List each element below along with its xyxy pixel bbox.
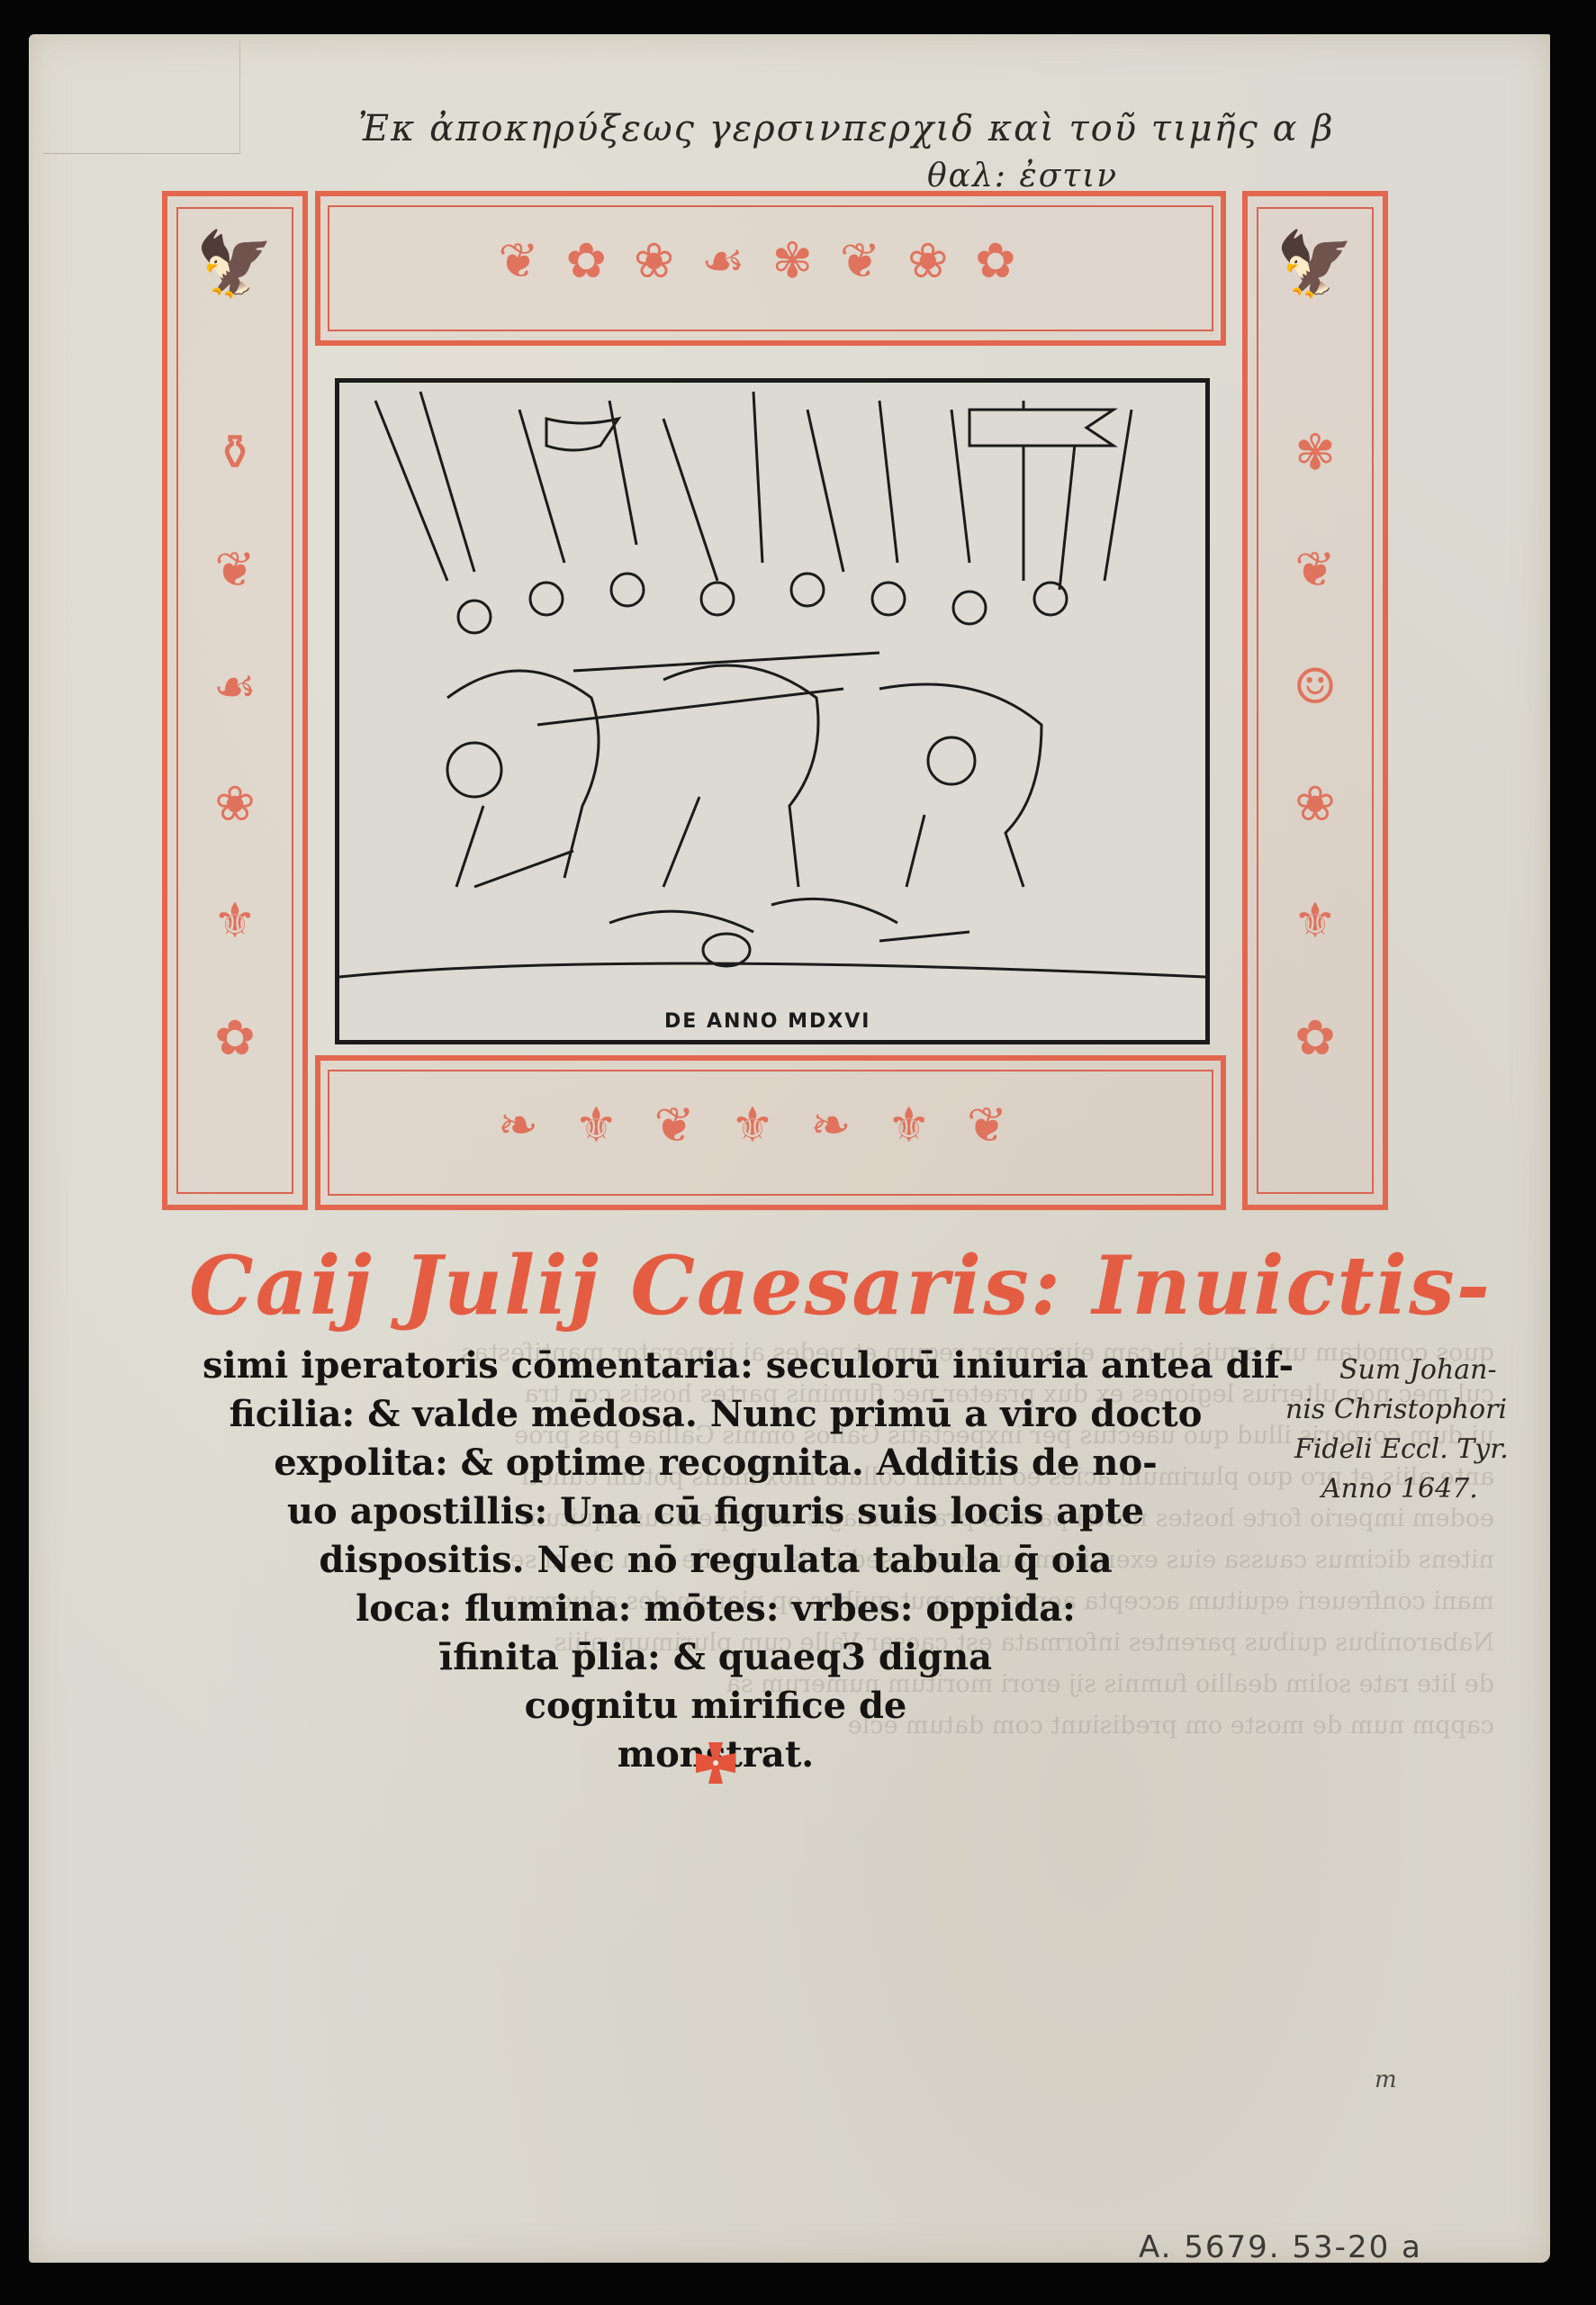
border-top-panel: ❦✿❀☙✾❦❀✿ <box>315 191 1226 346</box>
border-left-panel: 🦅 ⚱❦☙❀⚜✿ <box>162 191 308 1210</box>
shelfmark-label: A. 5679. 53-20 a <box>1139 2229 1422 2265</box>
candelabrum-ornament-icon: ⚱❦☙❀⚜✿ <box>167 394 302 1097</box>
battle-woodcut-illustration: DE ANNO MDXVI <box>335 378 1210 1044</box>
inscription-line: Sum Johan- <box>1321 1351 1509 1390</box>
ornamental-border-frame: ❦✿❀☙✾❦❀✿ ❧⚜❦⚜❧⚜❦ 🦅 ⚱❦☙❀⚜✿ 🦅 ✾❦☺❀⚜✿ <box>162 191 1382 1204</box>
title-line: loca: flumina: mōtes: vrbes: oppida: <box>203 1585 1229 1633</box>
paper-repair-patch <box>43 41 240 154</box>
ownership-inscription: Sum Johan- nis Christophori Fideli Eccl.… <box>1321 1351 1509 1509</box>
knights-battle-icon <box>339 383 1205 1040</box>
floral-vine-ornament-icon: ❦✿❀☙✾❦❀✿ <box>320 237 1221 285</box>
title-line: dispositis. Nec nō regulata tabula q̄ oi… <box>203 1536 1229 1585</box>
title-text-block: simi iperatoris cōmentaria: seculorū ini… <box>203 1342 1229 1779</box>
eagle-icon: 🦅 <box>1248 232 1383 295</box>
acanthus-ornament-icon: ❧⚜❦⚜❧⚜❦ <box>320 1101 1221 1150</box>
title-rubric-line: Caij Julij Caesaris: Inuictis- <box>189 1238 1314 1333</box>
pencil-mark: m <box>1375 2066 1397 2093</box>
border-right-panel: 🦅 ✾❦☺❀⚜✿ <box>1242 191 1388 1210</box>
title-line: expolita: & optime recognita. Additis de… <box>203 1439 1229 1487</box>
inscription-line: Anno 1647. <box>1321 1469 1509 1509</box>
title-line: uo apostillis: Una cū figuris suis locis… <box>203 1487 1229 1536</box>
title-line: simi iperatoris cōmentaria: seculorū ini… <box>203 1342 1229 1390</box>
eagle-icon: 🦅 <box>167 232 302 295</box>
inscription-line: nis Christophori <box>1285 1390 1509 1430</box>
title-line: cognitu mirifice de <box>203 1682 1229 1731</box>
cross-pattee-icon <box>696 1742 735 1784</box>
grotesque-mask-ornament-icon: ✾❦☺❀⚜✿ <box>1248 394 1383 1097</box>
woodcut-date-caption: DE ANNO MDXVI <box>659 1010 877 1033</box>
greek-inscription-line2: θαλ: ἐστιν <box>927 158 1118 194</box>
greek-inscription-line1: Ἐκ ἀποκηρύξεως γερσινπερχιδ καὶ τοῦ τιμῆ… <box>358 108 1335 149</box>
border-bottom-panel: ❧⚜❦⚜❧⚜❦ <box>315 1055 1226 1210</box>
title-line: īfinita p̄lia: & quaeq3 digna <box>203 1633 1229 1682</box>
inscription-line: Fideli Eccl. Tyr. <box>1294 1430 1509 1469</box>
title-line: ficilia: & valde mēdosa. Nunc primū a vi… <box>203 1390 1229 1439</box>
